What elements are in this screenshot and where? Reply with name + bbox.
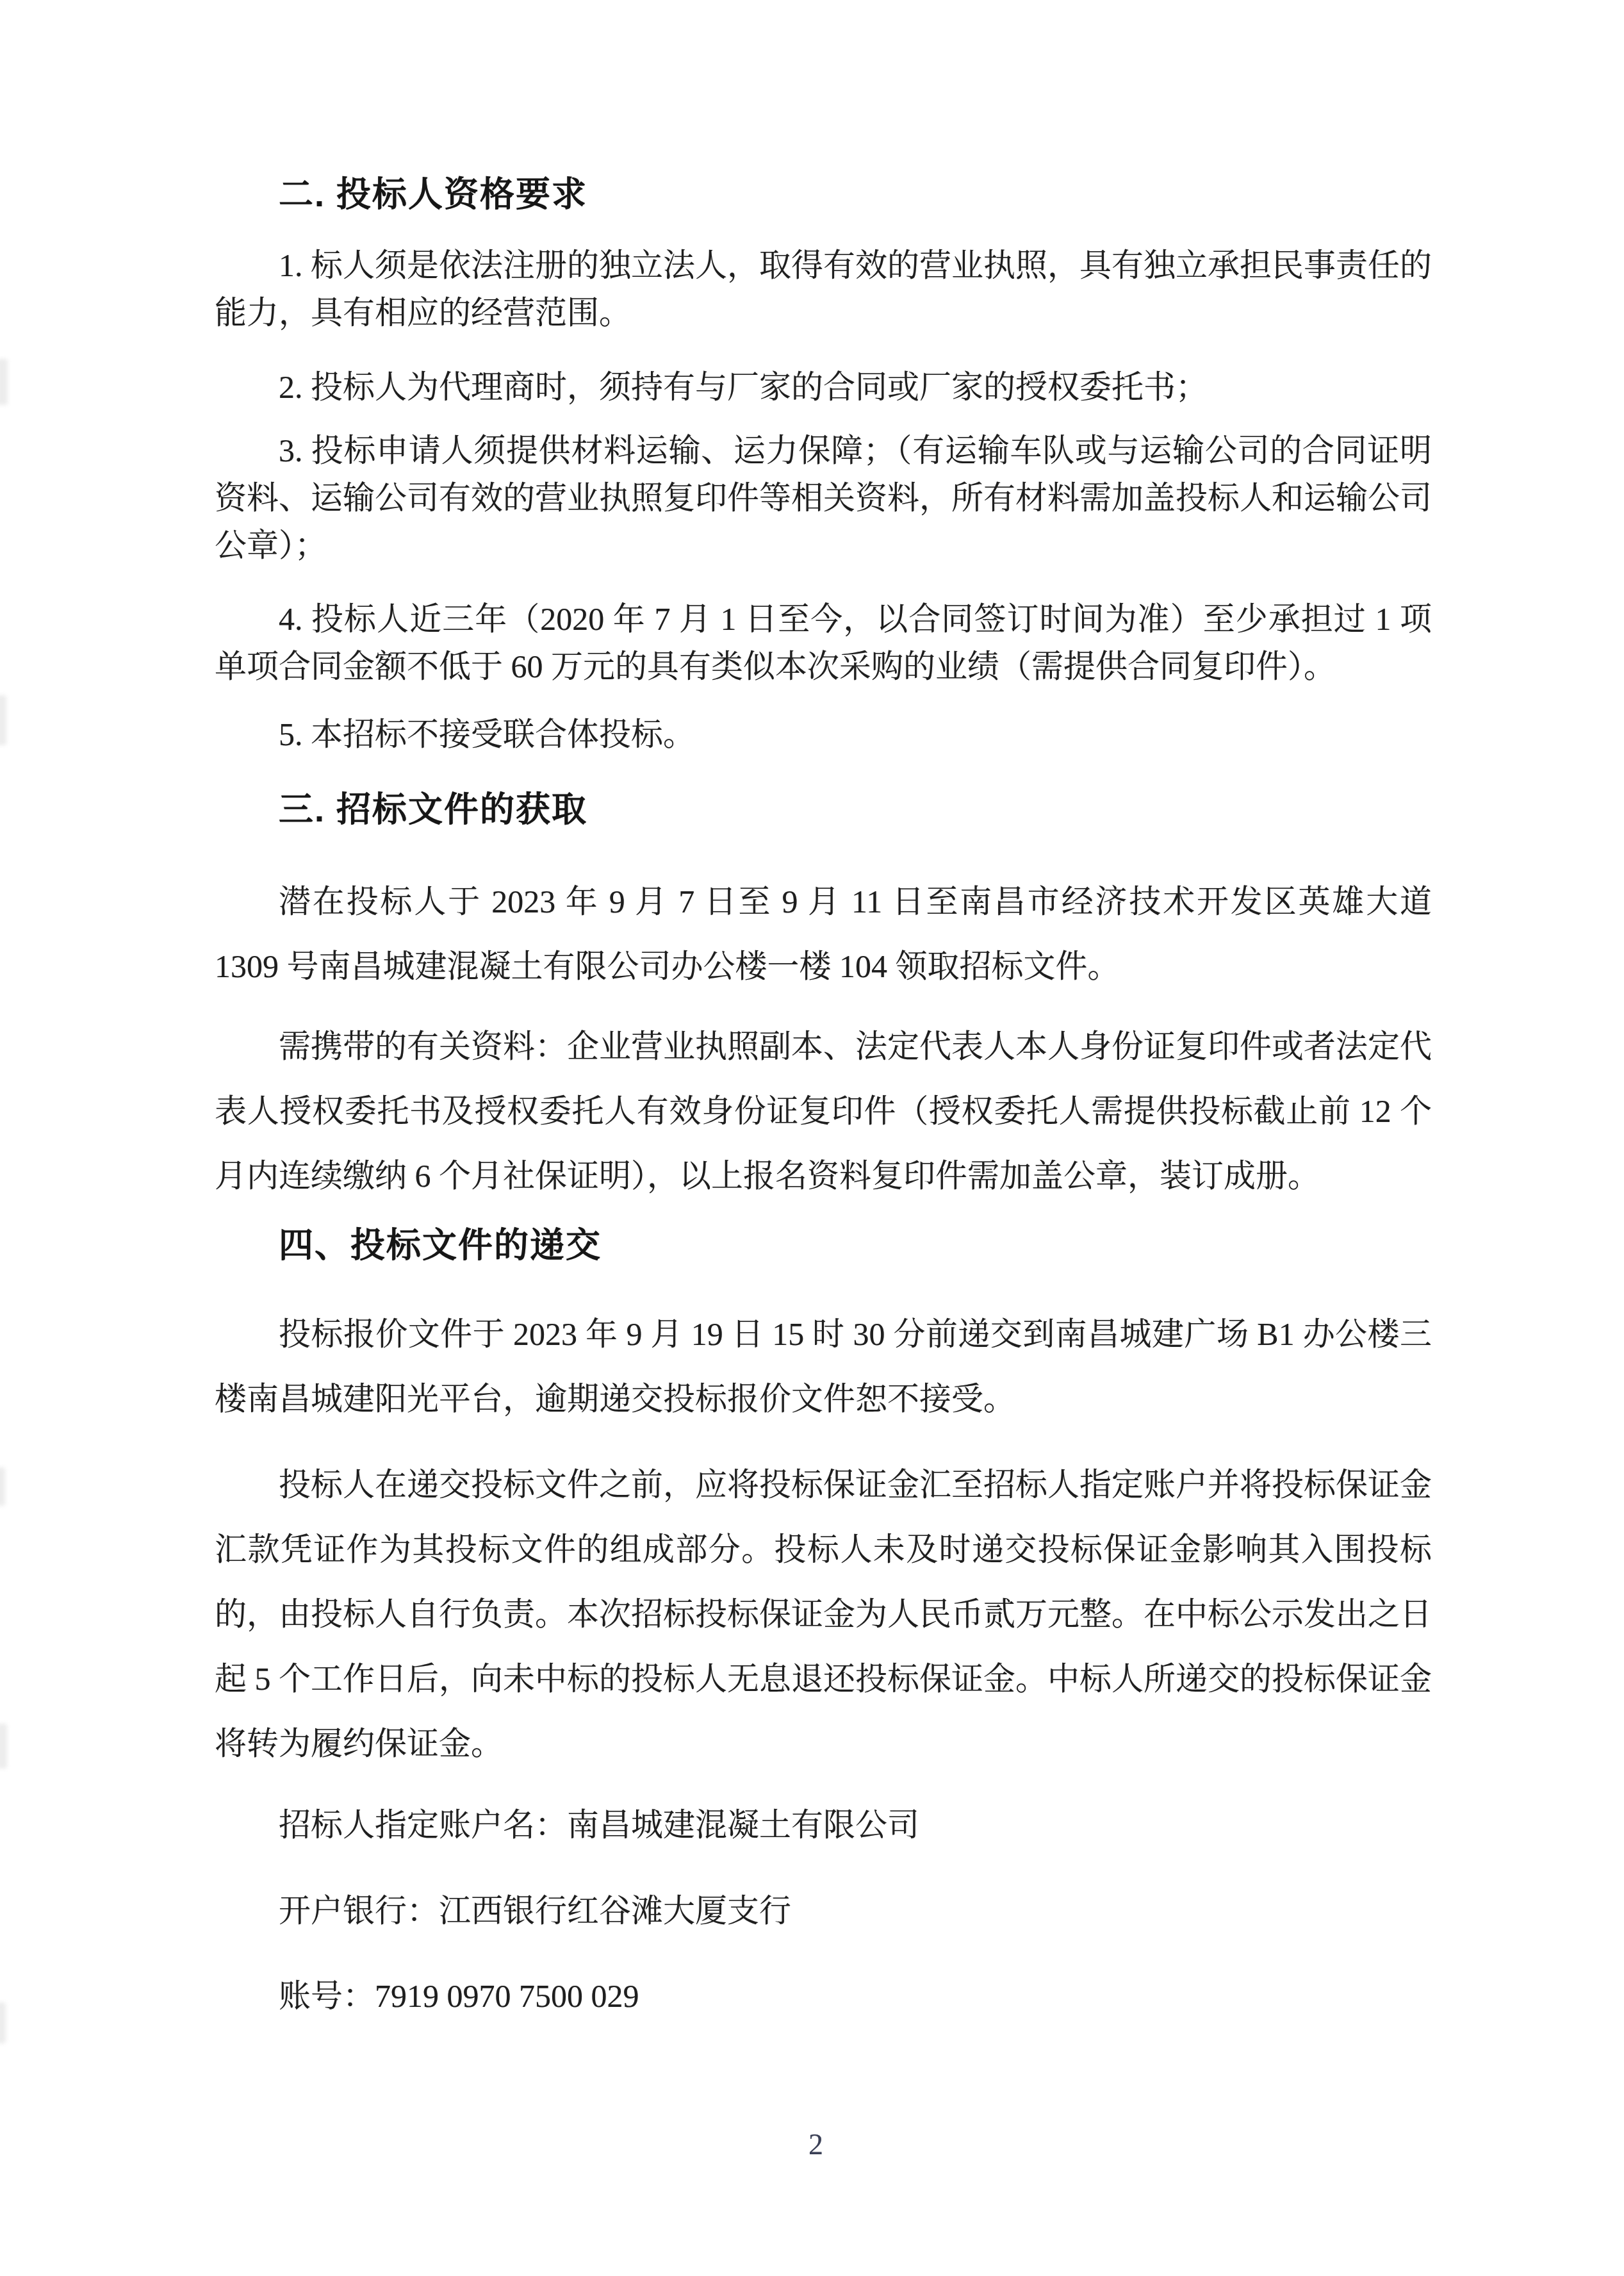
section-obtaining-tender-documents: 三. 招标文件的获取 潜在投标人于 2023 年 9 月 7 日至 9 月 11… [215, 787, 1432, 1208]
paragraph-item-4: 4. 投标人近三年（2020 年 7 月 1 日至今，以合同签订时间为准）至少承… [215, 595, 1432, 690]
paragraph-item-3: 3. 投标申请人须提供材料运输、运力保障；（有运输车队或与运输公司的合同证明资料… [215, 427, 1432, 569]
paragraph-account-number: 账号：7919 0970 7500 029 [215, 1964, 1432, 2029]
paragraph-account-name: 招标人指定账户名：南昌城建混凝土有限公司 [215, 1793, 1432, 1858]
paragraph-required-materials: 需携带的有关资料：企业营业执照副本、法定代表人本人身份证复印件或者法定代表人授权… [215, 1014, 1432, 1208]
scan-artifact [0, 2002, 6, 2043]
scan-artifact [0, 695, 6, 745]
paragraph-item-2: 2. 投标人为代理商时，须持有与厂家的合同或厂家的授权委托书； [215, 363, 1432, 411]
section-bidder-qualification: 二. 投标人资格要求 1. 标人须是依法注册的独立法人，取得有效的营业执照，具有… [215, 172, 1432, 758]
paragraph-bid-bond: 投标人在递交投标文件之前，应将投标保证金汇至招标人指定账户并将投标保证金汇款凭证… [215, 1453, 1432, 1776]
scan-artifact [0, 359, 8, 405]
paragraph-bank-name: 开户银行：江西银行红谷滩大厦支行 [215, 1879, 1432, 1943]
paragraph-item-1: 1. 标人须是依法注册的独立法人，取得有效的营业执照，具有独立承担民事责任的能力… [215, 242, 1432, 336]
paragraph-submission-deadline: 投标报价文件于 2023 年 9 月 19 日 15 时 30 分前递交到南昌城… [215, 1302, 1432, 1431]
paragraph-document-pickup: 潜在投标人于 2023 年 9 月 7 日至 9 月 11 日至南昌市经济技术开… [215, 870, 1432, 999]
page-number: 2 [808, 2129, 823, 2161]
section-bid-submission: 四、投标文件的递交 投标报价文件于 2023 年 9 月 19 日 15 时 3… [215, 1223, 1432, 2029]
section-heading-4: 四、投标文件的递交 [279, 1223, 1432, 1269]
paragraph-item-5: 5. 本招标不接受联合体投标。 [215, 711, 1432, 758]
section-heading-2: 二. 投标人资格要求 [279, 172, 1432, 219]
scan-artifact [0, 1724, 7, 1769]
section-heading-3: 三. 招标文件的获取 [279, 787, 1432, 834]
scan-artifact [0, 1467, 5, 1506]
document-page: 二. 投标人资格要求 1. 标人须是依法注册的独立法人，取得有效的营业执照，具有… [0, 0, 1624, 2276]
